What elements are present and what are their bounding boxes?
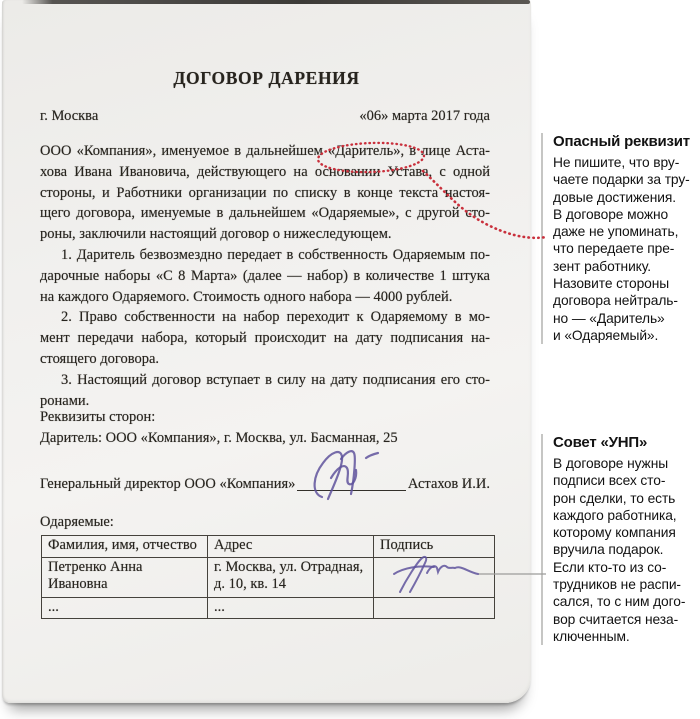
- cell-full-name: Петренко Анна Ивановна: [42, 557, 208, 597]
- clause-3: 3. Настоящий договор вступает в силу на …: [40, 370, 490, 412]
- cell-address: г. Москва, ул. Отрадная, д. 10, кв. 14: [208, 557, 374, 597]
- callout-danger-requisite: Опасный реквизит Не пишите, что вру- чае…: [541, 133, 700, 344]
- cell-signature: [374, 597, 495, 619]
- table-header-row: Фамилия, имя, отчество Адрес Подпись: [42, 536, 495, 558]
- cell-address: ...: [208, 597, 374, 619]
- header-signature: Подпись: [374, 536, 495, 558]
- callout-title: Опасный реквизит: [553, 133, 700, 150]
- cell-full-name: ...: [42, 597, 208, 619]
- clause-2: 2. Право собственности на набор переходи…: [40, 307, 490, 369]
- director-label: Генеральный директор ООО «Компания»: [40, 476, 295, 493]
- callout-body: Не пишите, что вру- чаете подарки за тру…: [553, 154, 700, 344]
- requisites-block: Реквизиты сторон: Даритель: ООО «Компани…: [40, 407, 490, 449]
- clause-1: 1. Даритель безвозмездно передает в собс…: [40, 245, 490, 307]
- cell-signature: [374, 557, 495, 597]
- page: ДОГОВОР ДАРЕНИЯ г. Москва «06» марта 201…: [0, 0, 700, 719]
- callout-body: В договоре нужны подписи всех сто- рон с…: [553, 455, 700, 645]
- header-address: Адрес: [208, 536, 374, 558]
- requisites-heading: Реквизиты сторон:: [40, 407, 490, 428]
- signature-line: [297, 476, 405, 491]
- donor-requisites: Даритель: ООО «Компания», г. Москва, ул.…: [40, 428, 490, 449]
- city-date-row: г. Москва «06» марта 2017 года: [40, 108, 490, 125]
- director-name: Астахов И.И.: [408, 476, 490, 493]
- callout-title: Совет «УНП»: [553, 434, 700, 451]
- paper-top-edge: [22, 0, 530, 4]
- header-full-name: Фамилия, имя, отчество: [42, 536, 208, 558]
- contract-body: ООО «Компания», именуемое в дальнейшем «…: [40, 141, 490, 411]
- callout-unp-tip: Совет «УНП» В договоре нужны подписи все…: [541, 434, 700, 645]
- intro-paragraph: ООО «Компания», именуемое в дальнейшем «…: [40, 141, 490, 245]
- recipients-heading: Одаряемые:: [40, 514, 114, 531]
- contract-date: «06» марта 2017 года: [359, 108, 490, 125]
- contract-title: ДОГОВОР ДАРЕНИЯ: [2, 68, 531, 89]
- table-row: ... ...: [42, 597, 495, 619]
- contract-document: ДОГОВОР ДАРЕНИЯ г. Москва «06» марта 201…: [2, 0, 531, 703]
- contract-city: г. Москва: [40, 108, 98, 125]
- table-row: Петренко Анна Ивановна г. Москва, ул. От…: [42, 557, 495, 597]
- recipients-table: Фамилия, имя, отчество Адрес Подпись Пет…: [41, 535, 495, 619]
- director-signature-row: Генеральный директор ООО «Компания» Аста…: [40, 476, 490, 493]
